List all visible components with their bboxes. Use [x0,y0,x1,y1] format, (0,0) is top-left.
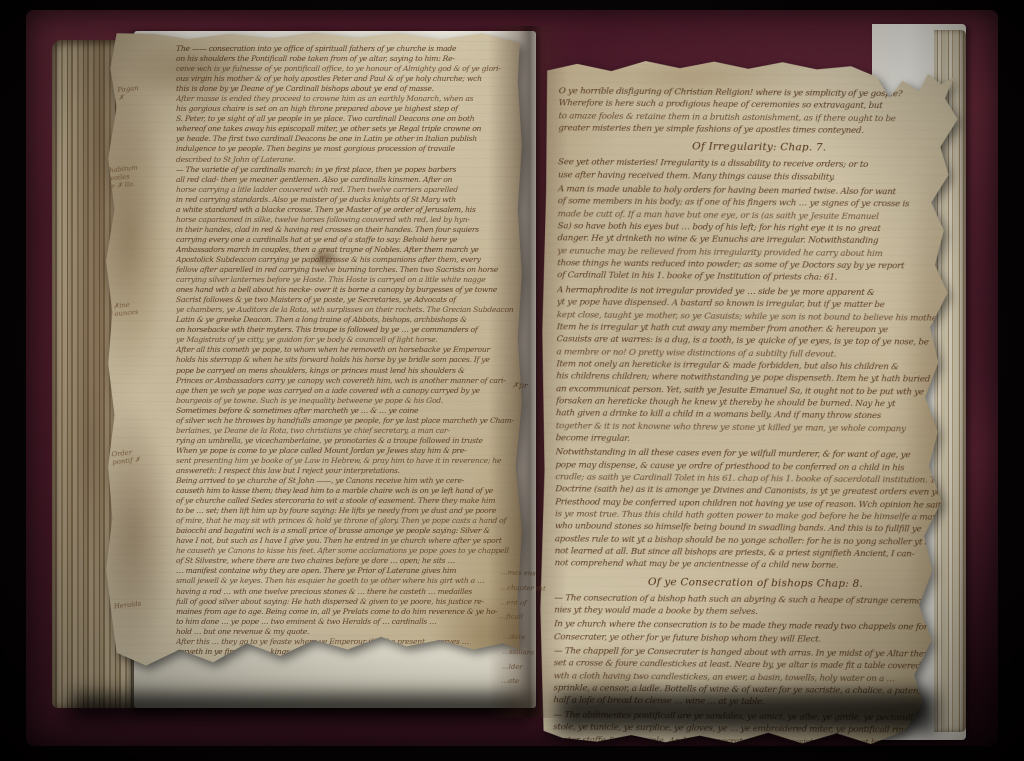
margin-note: …dare…ssiliara…lder…ate [501,633,535,693]
manuscript-line: Princes or Ambassadors carry ye canopy w… [176,376,545,386]
manuscript-line: … manifest containe why they are open. T… [176,566,545,576]
margin-note: Heralds [114,601,142,612]
manuscript-line: ye heade. The first two cardinall Deacon… [176,134,545,144]
manuscript-line: he causeth ye Canons to kisse his feet. … [176,546,545,556]
manuscript-line: When ye pope is come to ye place called … [176,446,545,456]
manuscript-line: After all this cometh ye pope, to whom w… [176,345,545,355]
manuscript-line: a white standard wth a blacke crosse. Th… [176,205,545,215]
manuscript-line: indulgence to ye people. Then begins ye … [176,144,545,154]
manuscript-line: & two squiers serving at ye table. [553,746,955,749]
manuscript-line: ye Magistrats of ye citty, ye guidon for… [176,335,545,345]
page-number: 165 [879,72,900,85]
manuscript-line: become irregular. [555,432,958,448]
manuscript-line: pastor-staffe & ye maniple. And ye Conse… [553,734,955,749]
manuscript-line: Sacrist followes & ye two Maisters of ye… [176,295,545,305]
manuscript-line: of St Silvestre, where there are two cha… [176,556,545,566]
manuscript-line: of ye churche called Sedes stercoraria t… [176,496,545,506]
margin-note: Orderpontif ✗ [111,449,141,467]
manuscript-line: fellow after aparelled in red carrying t… [176,265,545,275]
manuscript-line: carrying silver lanternes before ye Host… [176,275,545,285]
manuscript-line: described to St John of Laterane. [176,155,545,165]
manuscript-page-left: The —— consecration into ye office of sp… [104,30,524,672]
margin-note: ✗ineounces [113,301,139,319]
manuscript-line: sent presenting him ye booke of ye Law i… [176,456,545,466]
manuscript-line: S. Peter, to ye sight of all ye people i… [176,114,545,124]
page-shadow [556,692,936,732]
manuscript-line: age then ye wch ye pope was carryed on a… [176,386,545,396]
manuscript-line: having a rod … wth one twelve precious s… [176,587,545,597]
manuscript-line: After this … they go to ye feaste where … [176,637,545,647]
manuscript-line: on horsebacke wth their myters. This tro… [176,325,545,335]
manuscript-line: greater misteries then ye simple fashion… [558,122,961,138]
manuscript-line: Apostolick Subdeacon carrying ye papall … [176,255,545,265]
manuscript-paragraph: A man is made unable to holy orders for … [557,183,960,285]
manuscript-line: to be … set; then lift him up by foure s… [176,506,545,516]
manuscript-line: maines from age to age. Being come in, a… [176,607,545,617]
manuscript-line: baiocchi and bagatini wch is a small pri… [176,526,545,536]
manuscript-paragraph: A hermaphrodite is not irregular provide… [556,284,959,448]
manuscript-line: his gorgious chaire is set on an high th… [176,104,545,114]
manuscript-line: answereth: I respect this law but I reje… [176,466,545,476]
manuscript-line: on his shoulders the Pontificall robe ta… [176,54,545,64]
manuscript-paragraph: See yet other misteries! Irregularity is… [558,157,960,185]
manuscript-line: holds his sterropp & when he sits forwar… [176,355,545,365]
chapter-heading: Of Irregularity: Chap. 7. [558,140,960,157]
manuscript-page-right: 165 O ye horrible disfiguring of Christi… [537,53,971,752]
manuscript-line: ye chambers, ye Auditors de la Rota, wth… [176,305,545,315]
manuscript-line: whereof one takes away his episcopall mi… [176,124,545,134]
manuscript-line: causeth him to kisse them; they lead him… [176,486,545,496]
manuscript-line: in red carrying standards. Also ye maist… [176,195,545,205]
manuscript-paragraph: — The consecration of a bishop hath such… [554,592,956,620]
manuscript-line: The —— consecration into ye office of sp… [176,44,545,54]
margin-mark: ✗pr [512,381,528,390]
manuscript-line: have I not, but such as I have I give yo… [176,536,545,546]
margin-note: Pagan✗ [117,85,140,103]
manuscript-line: all red clad- then ye meaner gentlemen. … [176,175,545,185]
photo-background: The —— consecration into ye office of sp… [0,0,1024,761]
manuscript-line: Consecrater, ye other for ye future bish… [554,631,957,647]
manuscript-line: Ambassadors march in couples, then a gre… [176,245,545,255]
manuscript-line: ones hand wth a bell about his necke- ov… [176,285,545,295]
manuscript-line: hold … but one revenue & my quote. [176,627,545,637]
manuscript-line: ous virgin his mother & of ye holy apost… [176,74,545,84]
manuscript-line: of mire, that he may sit wth princes & h… [176,516,545,526]
manuscript-line: carrying every one a cardinalls hat at y… [176,235,545,245]
manuscript-paragraph: Notwithstanding in all these cases even … [555,447,958,574]
manuscript-line: Latin & ye greeke Deacon. Then a long tr… [176,315,545,325]
manuscript-line: horse caparisoned in silke, twelve horse… [176,215,545,225]
margin-note: …mes ens…chapter tht…ent of…ficall [499,569,546,630]
margin-note: habitumvoilese ✗ llo [109,165,140,191]
manuscript-paragraph: O ye horrible disfiguring of Christian R… [558,85,960,138]
manuscript-line: rying an umbrella, ye vicechamberlaine, … [176,436,545,446]
manuscript-line: — The varietie of ye cardinalls march: i… [176,165,545,175]
manuscript-line: in their handes, clad in red & having re… [176,225,545,235]
manuscript-line: After masse is ended they proceed to cro… [176,94,545,104]
page-shadow [70,694,530,720]
manuscript-line: full of good silver about saying: He hat… [176,597,545,607]
manuscript-line: Sometimes before & sometimes after march… [176,406,545,416]
left-page-text: The —— consecration into ye office of sp… [176,44,544,662]
manuscript-line: horse carrying a litle ladder couvered w… [176,185,545,195]
manuscript-line: bourgeois of ye towne. Such is ye inequa… [176,396,545,406]
manuscript-line: pope be carryed on mens shoulders, kings… [176,366,545,376]
chapter-heading: Of ye Consecration of bishops Chap: 8. [554,575,956,592]
manuscript-line: not comprehend what may be ye ancientnes… [554,558,957,574]
manuscript-line: this is done by ye Deane of ye Cardinall… [176,84,545,94]
manuscript-line: serveth in ye first dish. … kings … card… [176,647,545,657]
manuscript-line: ceive wch is ye fulnesse of ye pontifica… [176,64,545,74]
manuscript-line: to him done … ye pope … two eminent & tw… [176,617,545,627]
manuscript-paragraph: In ye church where the consecration is t… [554,619,956,647]
right-page-text: O ye horrible disfiguring of Christian R… [553,85,961,748]
manuscript-line: small jewell & ye keyes. Then his esquie… [176,576,545,586]
manuscript-line: berlaines, ye Deane de la Rota, two chri… [176,426,545,436]
manuscript-line: of silver wch he throwes by handfulls am… [176,416,545,426]
manuscript-line: of Cardinall Tolet in his 1. booke of ye… [557,270,960,286]
manuscript-line: Being arrived to ye churche of St John —… [176,476,545,486]
manuscript-line: use after having received them. Many thi… [558,169,961,185]
